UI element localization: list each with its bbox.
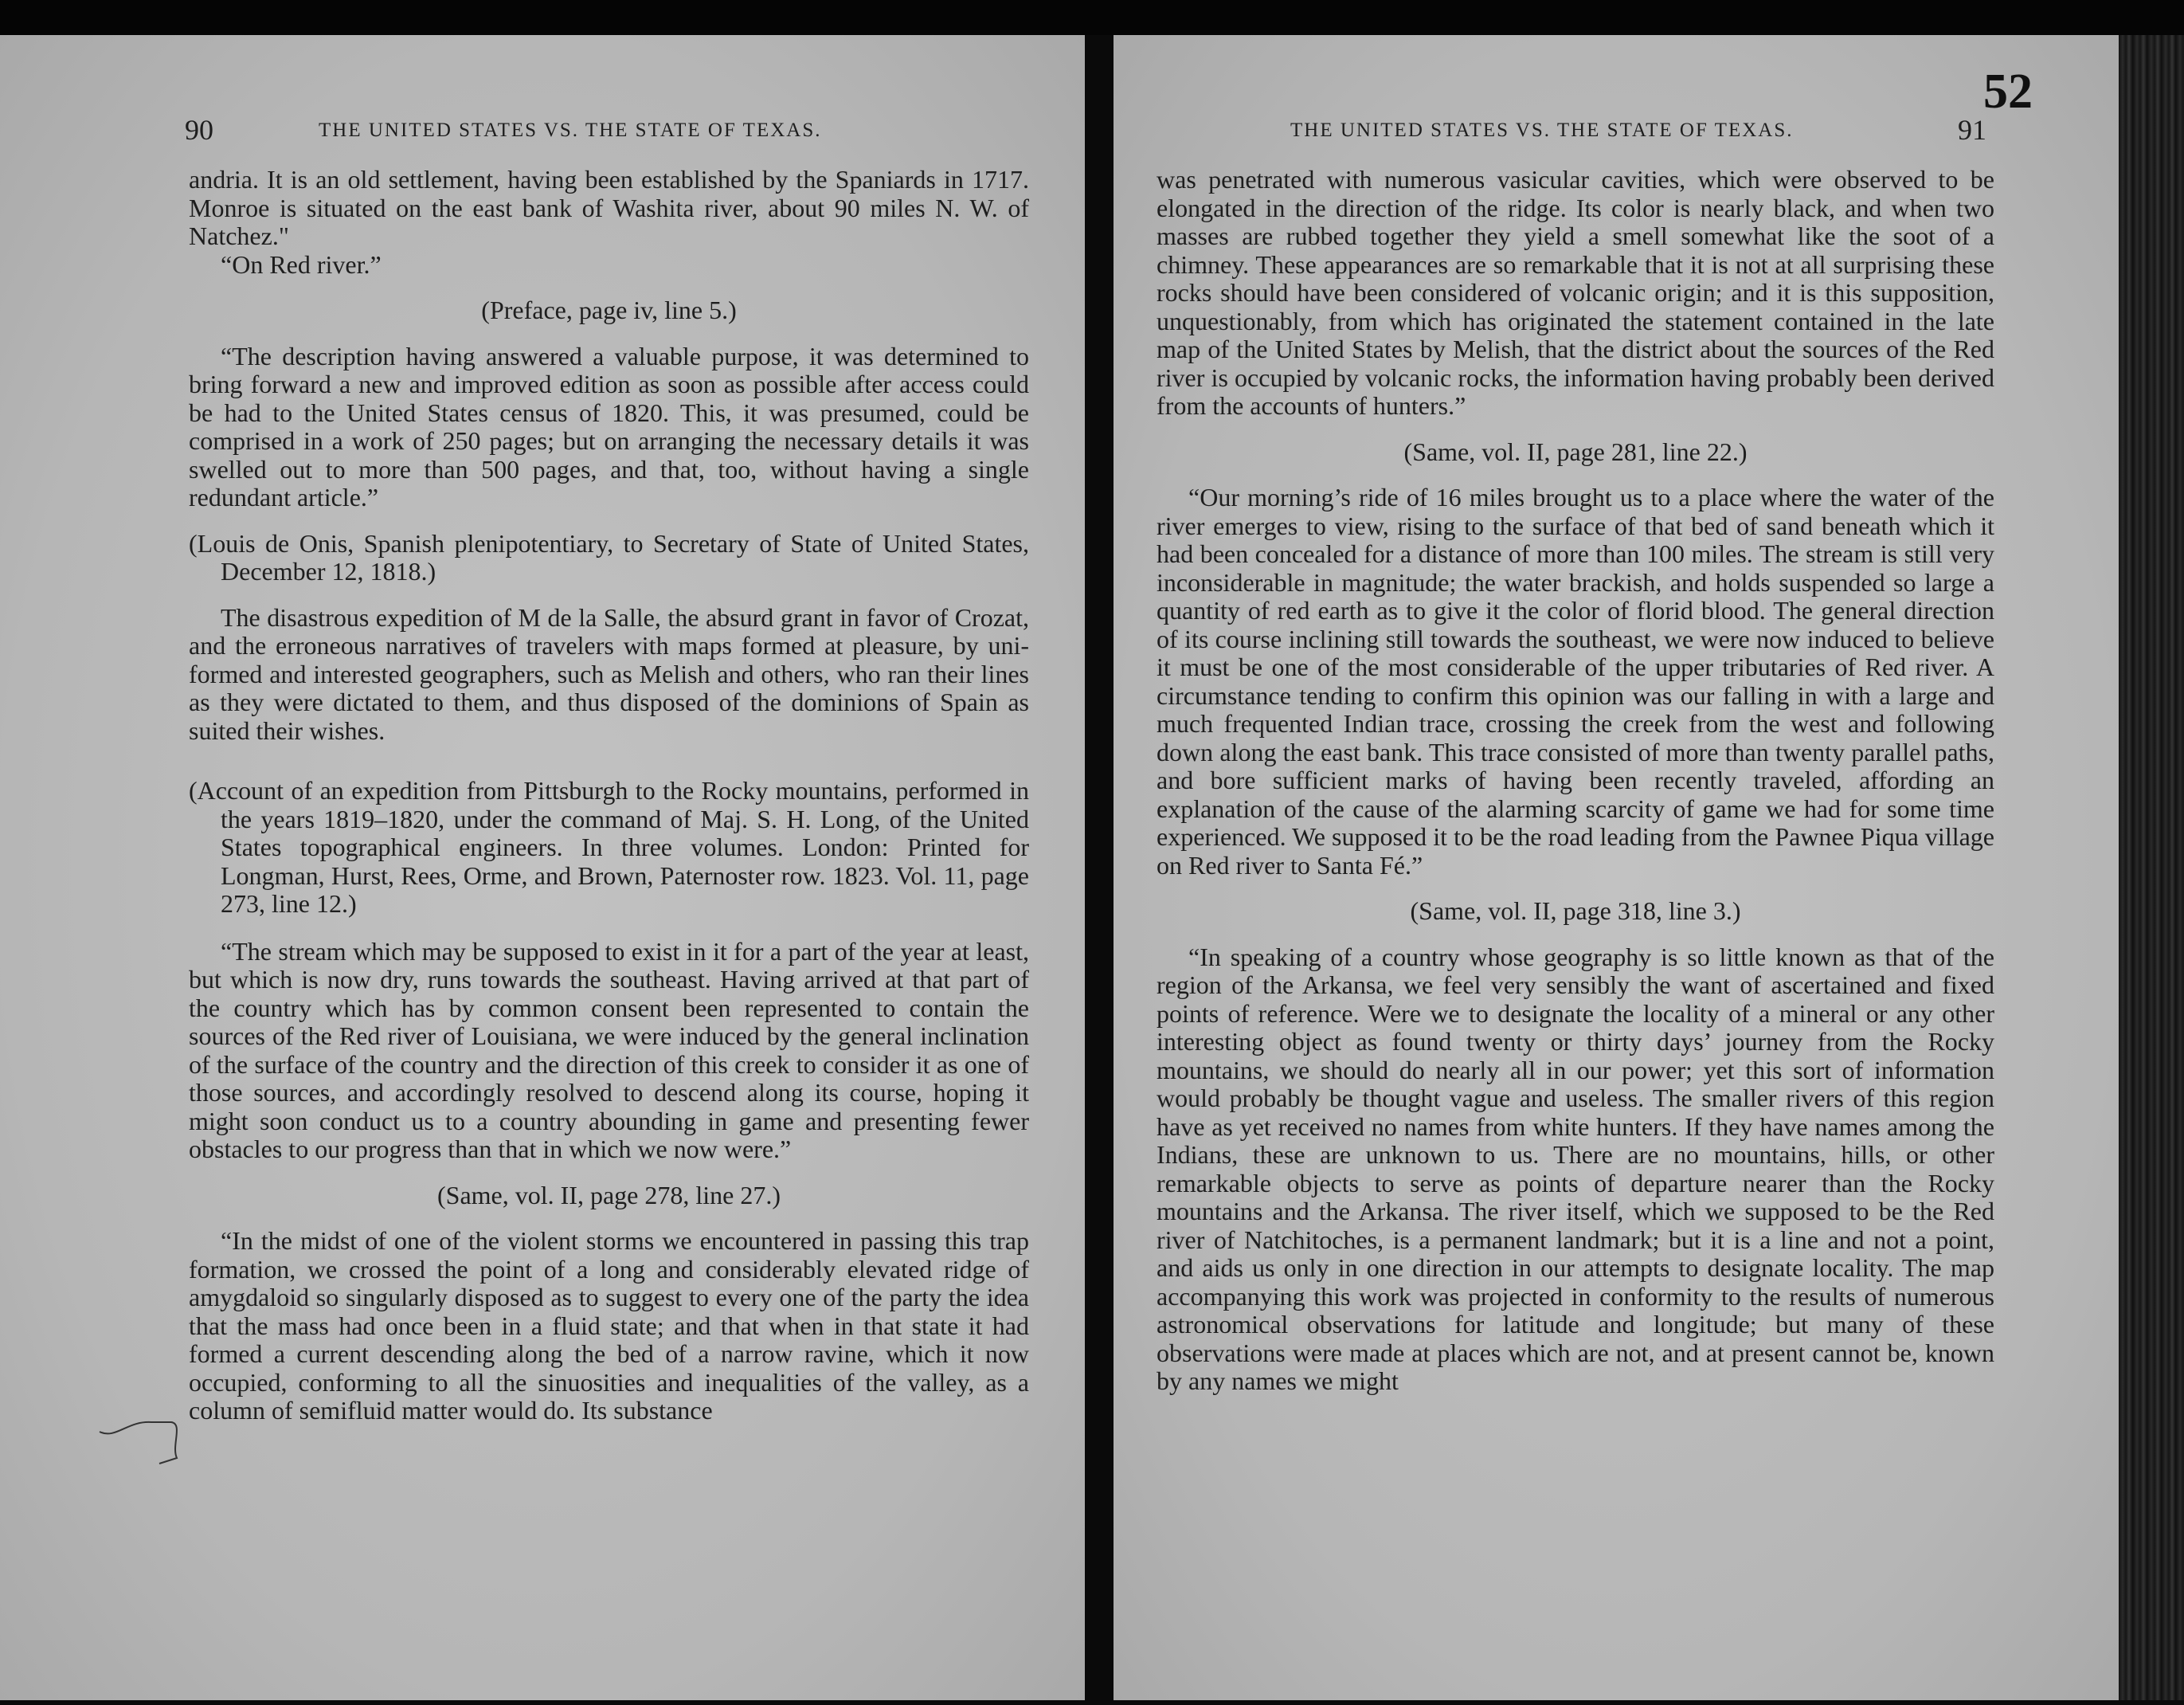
bottom-shadow [0,1700,2184,1705]
paragraph: andria. It is an old settlement, having … [189,166,1029,251]
citation: (Louis de Onis, Spanish plenipotentiary,… [189,530,1029,586]
right-running-head: THE UNITED STATES VS. THE STATE OF TEXAS… [1290,120,1794,142]
paragraph: “In the midst of one of the violent stor… [189,1227,1029,1425]
paragraph: “The stream which may be supposed to exi… [189,938,1029,1164]
right-page-number: 91 [1958,113,1986,147]
citation: (Account of an expedition from Pittsburg… [189,777,1029,919]
citation: (Same, vol. II, page 318, line 3.) [1157,897,1994,926]
citation: (Same, vol. II, page 281, line 22.) [1157,438,1994,467]
book-edge-right [2119,35,2184,1705]
citation: (Preface, page iv, line 5.) [189,296,1029,325]
folio-stamp: 52 [1983,64,2033,120]
book-gutter [1085,35,1114,1705]
paragraph: The disastrous expedition of M de la Sal… [189,604,1029,746]
paragraph: “In speaking of a country whose geograph… [1157,943,1994,1396]
margin-bracket-annotation [96,1414,191,1470]
left-running-head: THE UNITED STATES VS. THE STATE OF TEXAS… [319,120,822,142]
paragraph: “On Red river.” [189,251,1029,280]
paragraph: “Our morning’s ride of 16 miles brought … [1157,484,1994,880]
left-page-body: andria. It is an old settlement, having … [189,166,1029,1425]
left-page-number: 90 [185,113,213,147]
paragraph: was penetrated with numerous vasicular c… [1157,166,1994,421]
right-page-body: was penetrated with numerous vasicular c… [1157,166,1994,1396]
citation: (Same, vol. II, page 278, line 27.) [189,1182,1029,1210]
paragraph: “The description having answered a valua… [189,343,1029,512]
